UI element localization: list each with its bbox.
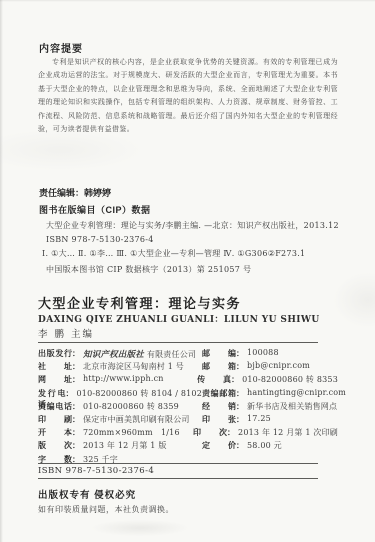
field-label: 印刷	[38, 414, 72, 425]
cip-classification-line: Ⅰ. ①大… Ⅱ. ①李… Ⅲ. ①大型企业—专利—管理 Ⅳ. ①G306②F2…	[42, 248, 305, 259]
field-label: 责编电话	[38, 401, 72, 412]
field-label: 社址	[38, 361, 72, 372]
field-colon: ：	[227, 427, 235, 438]
editor-name: 韩婷婷	[84, 188, 111, 198]
edition-cell: 版次：2013 年 12 月第 1 版	[38, 440, 202, 451]
copyright-notice: 出版权专有 侵权必究	[38, 487, 136, 501]
field-value: http://www.ipph.cn	[83, 374, 164, 385]
table-row: 发行电话：010-82000860 转 8104 / 8102 责编邮箱：han…	[38, 388, 338, 401]
field-colon: ：	[72, 440, 80, 451]
table-row: 开本：720mm×960mm 1/16 印次：2013 年 12 月第 1 次印…	[38, 427, 338, 440]
publication-info-table: 出版发行：知识产权出版社有限责任公司 邮编：100088 社址：北京市海淀区马甸…	[38, 348, 338, 467]
table-row: 社址：北京市海淀区马甸南村 1 号 邮箱：bjb@cnipr.com	[38, 361, 338, 374]
field-value: 720mm×960mm 1/16	[83, 427, 180, 438]
field-label: 责编邮箱	[202, 388, 236, 399]
publisher-suffix: 有限责任公司	[147, 350, 196, 359]
table-row: 责编电话：010-82000860 转 8359 经销：新华书店及相关销售网点	[38, 401, 338, 414]
field-value: 100088	[247, 348, 279, 359]
field-label: 网址	[38, 374, 72, 385]
field-value: hantingting@cnipr.com	[247, 388, 346, 399]
summary-paragraph: 专利是知识产权的核心内容，是企业获取竞争优势的关键资源。有效的专利管理已成为企业…	[38, 56, 338, 136]
book-title-pinyin: DAXING QIYE ZHUANLI GUANLI：LILUN YU SHIW…	[38, 312, 320, 325]
field-colon: ：	[231, 374, 239, 385]
editor-email-cell: 责编邮箱：hantingting@cnipr.com	[202, 388, 346, 399]
cip-heading: 图书在版编目（CIP）数据	[39, 203, 151, 216]
divider-above-isbn	[38, 463, 318, 464]
field-label: 印张	[202, 414, 236, 425]
responsible-editor-line: 责任编辑：韩婷婷	[39, 186, 111, 199]
field-label: 定价	[202, 440, 236, 451]
field-colon: ：	[236, 440, 244, 451]
table-row: 网址：http://www.ipph.cn 传真：010-82000860 转 …	[38, 374, 338, 387]
field-label: 开本	[38, 427, 72, 438]
address-cell: 社址：北京市海淀区马甸南村 1 号	[38, 361, 202, 372]
printer-cell: 印刷：保定市中画美凯印刷有限公司	[38, 414, 202, 425]
cip-record-number-line: 中国版本图书馆 CIP 数据核字（2013）第 251057 号	[46, 264, 251, 275]
field-value: 010-82000860 转 8353	[242, 374, 338, 385]
field-value: 2013 年 12 月第 1 次印刷	[238, 427, 338, 438]
summary-heading: 内容提要	[39, 40, 83, 55]
format-cell: 开本：720mm×960mm 1/16	[38, 427, 193, 438]
website-cell: 网址：http://www.ipph.cn	[38, 374, 197, 385]
book-title: 大型企业专利管理：理论与实务	[38, 293, 241, 312]
isbn-line: ISBN 978-7-5130-2376-4	[38, 466, 154, 476]
field-colon: ：	[236, 388, 244, 399]
copyright-page: 内容提要 专利是知识产权的核心内容，是企业获取竞争优势的关键资源。有效的专利管理…	[0, 0, 375, 542]
field-value: 保定市中画美凯印刷有限公司	[83, 414, 190, 425]
book-author: 李 鹏 主编	[38, 326, 94, 340]
email-cell: 邮箱：bjb@cnipr.com	[202, 361, 338, 372]
table-row: 印刷：保定市中画美凯印刷有限公司 印张：17.25	[38, 414, 338, 427]
distribution-cell: 经销：新华书店及相关销售网点	[202, 401, 338, 412]
field-value: 2013 年 12 月第 1 版	[83, 440, 167, 451]
editor-label: 责任编辑	[39, 188, 75, 198]
quality-note: 如有印装质量问题，本社负责调换。	[38, 504, 174, 515]
print-run-cell: 印次：2013 年 12 月第 1 次印刷	[193, 427, 338, 438]
field-value: 知识产权出版社有限责任公司	[83, 348, 196, 360]
publisher-logotype: 知识产权出版社	[83, 350, 144, 360]
sheets-cell: 印张：17.25	[202, 414, 338, 425]
editor-colon: ：	[75, 188, 84, 198]
price-cell: 定价：58.00 元	[202, 440, 338, 451]
field-colon: ：	[72, 361, 80, 372]
postcode-cell: 邮编：100088	[202, 348, 338, 359]
field-label: 出版发行	[38, 348, 72, 360]
field-label: 邮箱	[202, 361, 236, 372]
field-colon: ：	[72, 348, 80, 360]
field-label: 传真	[197, 374, 231, 385]
field-colon: ：	[72, 427, 80, 438]
fax-cell: 传真：010-82000860 转 8353	[197, 374, 338, 385]
table-row: 出版发行：知识产权出版社有限责任公司 邮编：100088	[38, 348, 338, 361]
field-label: 版次	[38, 440, 72, 451]
publisher-cell: 出版发行：知识产权出版社有限责任公司	[38, 348, 202, 360]
cip-bibliography-line: 大型企业专利管理：理论与实务/李鹏主编. —北京：知识产权出版社，2013.12	[46, 220, 339, 231]
divider-under-title	[38, 342, 318, 343]
cip-isbn-line: ISBN 978-7-5130-2376-4	[46, 235, 154, 244]
field-value: 58.00 元	[247, 440, 282, 451]
field-value: 17.25	[247, 414, 271, 425]
field-colon: ：	[72, 414, 80, 425]
field-label: 印次	[193, 427, 227, 438]
field-value: 010-82000860 转 8359	[83, 401, 179, 412]
field-value: bjb@cnipr.com	[247, 361, 310, 372]
table-row: 字数：325 千字	[38, 454, 338, 467]
field-label: 经销	[202, 401, 236, 412]
field-label: 邮编	[202, 348, 236, 359]
divider-below-isbn	[38, 478, 318, 479]
field-colon: ：	[236, 361, 244, 372]
editor-phone-cell: 责编电话：010-82000860 转 8359	[38, 401, 202, 412]
field-colon: ：	[72, 374, 80, 385]
field-value: 北京市海淀区马甸南村 1 号	[83, 361, 184, 372]
field-colon: ：	[236, 401, 244, 412]
field-colon: ：	[72, 401, 80, 412]
field-colon: ：	[236, 414, 244, 425]
field-colon: ：	[236, 348, 244, 359]
field-value: 新华书店及相关销售网点	[247, 401, 337, 412]
table-row: 版次：2013 年 12 月第 1 版 定价：58.00 元	[38, 440, 338, 453]
